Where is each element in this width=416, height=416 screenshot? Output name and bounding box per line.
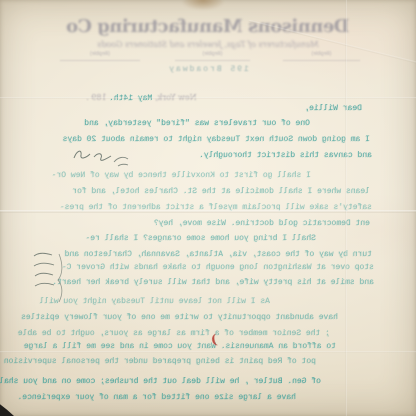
photographed-letter: Dennisons Manufacturing Co Manufacturers… xyxy=(0,0,416,416)
dateline-printed-year: 189 . xyxy=(86,93,109,102)
letter-line: One of our travelers was "fired" yesterd… xyxy=(84,119,310,129)
letterhead-branch-column: (illegible) xyxy=(60,52,140,61)
letterhead-branch-column: (illegible) xyxy=(283,52,360,61)
dateline: New York, May 14th. 189 . xyxy=(86,84,210,112)
letter-line: safety's sake will proclaim myself a str… xyxy=(60,203,372,213)
letter-line: have abundant opportunity to write me on… xyxy=(21,313,338,323)
letter-line: leans where I shall domicile at the St. … xyxy=(72,187,370,197)
letterhead-branch-column: (illegible) xyxy=(175,52,250,61)
letter-line: ; the Senior member of a firm as large a… xyxy=(18,329,330,339)
letterhead-company-name: Dennisons Manufacturing Co xyxy=(67,16,350,37)
letter-line: have a large size one fitted for a man o… xyxy=(18,393,296,403)
letterhead-address: 195 Broadway xyxy=(167,65,249,74)
mirrored-text-layer: Dennisons Manufacturing Co Manufacturers… xyxy=(0,0,416,416)
letterhead-tagline: Manufacturers of Tags, Jewelers and Stat… xyxy=(97,40,319,49)
letter-line: of Gen. Butler , he will deal out the br… xyxy=(0,377,321,387)
letter-line: As I will not leave until Tuesday night … xyxy=(40,297,270,307)
letter-line: pot of Red paint is being prepared under… xyxy=(4,357,316,367)
letter-line: to afford an Amanuensis. Want you come i… xyxy=(24,342,336,352)
dateline-typed-date: May 14th. xyxy=(109,94,152,103)
letter-line: turn by way of the coast, via, Atlanta, … xyxy=(65,250,372,260)
letter-line: ent Democratic gold doctrine. Wise move,… xyxy=(154,219,370,229)
letter-line: Shall I bring you home some oranges? I s… xyxy=(86,234,316,244)
salutation: Dear Willie, xyxy=(304,104,362,114)
letter-line: I shall go first to Knoxville thence by … xyxy=(52,171,311,181)
letter-line: and smile at his pretty wife, and that w… xyxy=(52,278,374,288)
letter-line: and canvas this district thoroughly. xyxy=(199,151,372,161)
letter-line: stop over at Washington long enough to s… xyxy=(62,263,374,273)
dateline-printed-city: New York, xyxy=(152,93,196,102)
letter-line: I am going down South next Tuesday night… xyxy=(63,135,370,145)
